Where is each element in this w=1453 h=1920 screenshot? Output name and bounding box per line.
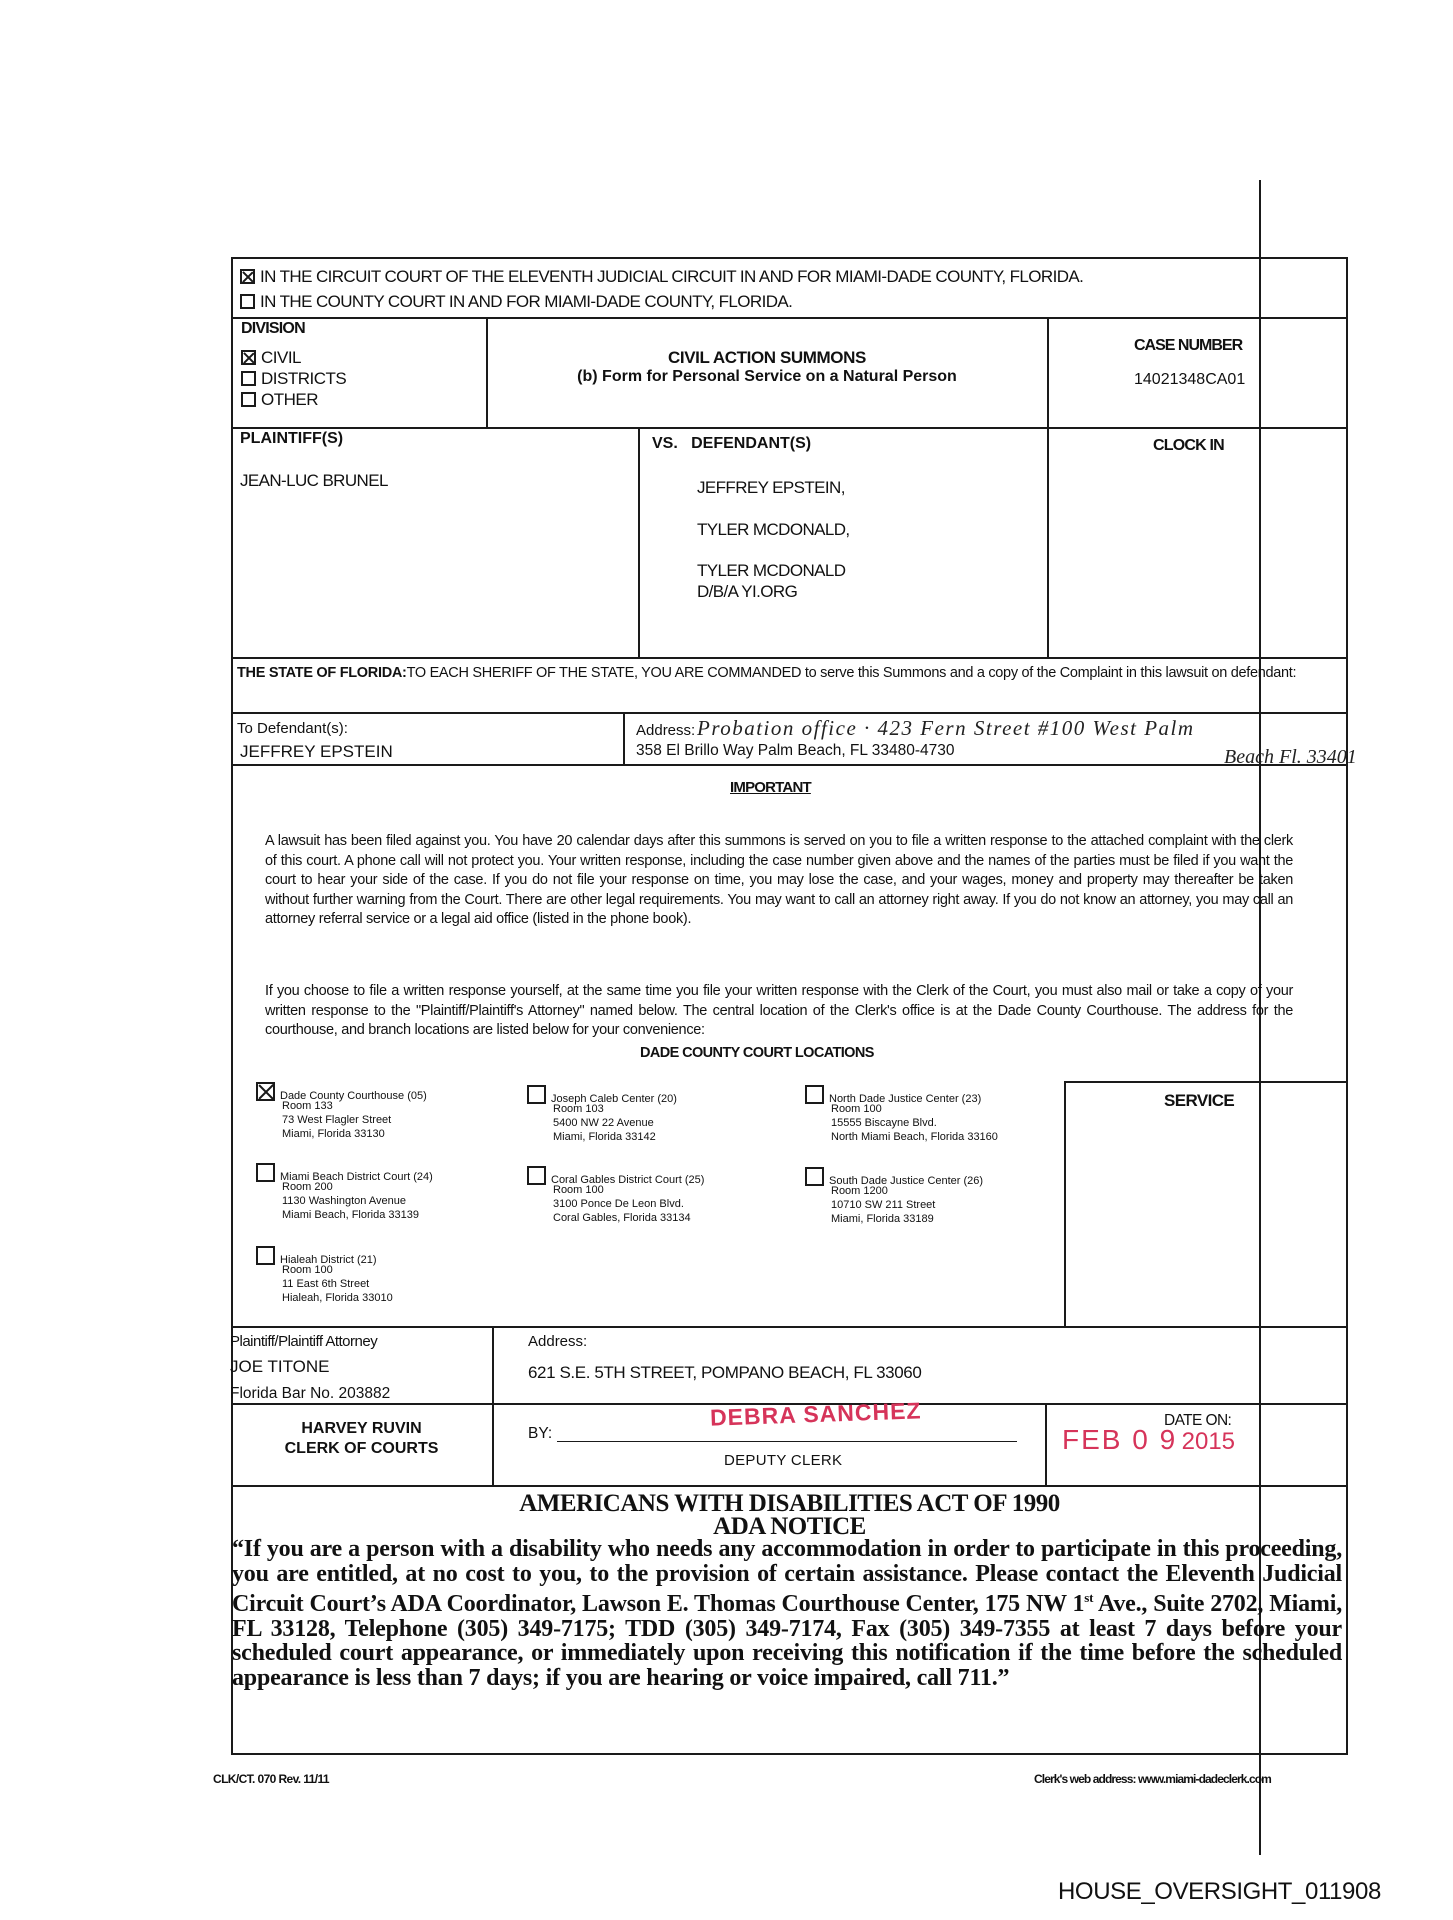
checkbox[interactable] bbox=[256, 1163, 275, 1182]
important-paragraph-1: A lawsuit has been filed against you. Yo… bbox=[265, 832, 1293, 930]
checkbox-checked[interactable] bbox=[240, 269, 255, 284]
case-number-label: CASE NUMBER bbox=[1134, 337, 1242, 355]
rule bbox=[231, 657, 1348, 659]
clock-in-label: CLOCK IN bbox=[1153, 437, 1224, 455]
rule bbox=[231, 427, 1348, 429]
rule bbox=[1047, 317, 1049, 427]
checkbox[interactable] bbox=[805, 1085, 824, 1104]
to-defendant-name: JEFFREY EPSTEIN bbox=[240, 742, 393, 762]
rule bbox=[1045, 1403, 1047, 1485]
location-item[interactable]: Miami Beach District Court (24) Room 200… bbox=[256, 1163, 433, 1222]
court-option-county[interactable]: IN THE COUNTY COURT IN AND FOR MIAMI-DAD… bbox=[240, 292, 792, 312]
rule bbox=[638, 427, 640, 657]
checkbox[interactable] bbox=[256, 1246, 275, 1265]
location-item[interactable]: South Dade Justice Center (26) Room 1200… bbox=[805, 1167, 983, 1226]
form-title: CIVIL ACTION SUMMONS bbox=[488, 348, 1046, 368]
rule bbox=[1064, 1081, 1066, 1327]
rule bbox=[231, 712, 1348, 714]
signature-line bbox=[557, 1441, 1017, 1442]
division-heading: DIVISION bbox=[241, 320, 305, 338]
rule bbox=[231, 1753, 1348, 1755]
checkbox[interactable] bbox=[805, 1167, 824, 1186]
plaintiff-label: PLAINTIFF(S) bbox=[240, 430, 343, 448]
checkbox[interactable] bbox=[240, 294, 255, 309]
important-paragraph-2: If you choose to file a written response… bbox=[265, 982, 1293, 1041]
service-label: SERVICE bbox=[1164, 1091, 1234, 1111]
form-subtitle: (b) Form for Personal Service on a Natur… bbox=[488, 368, 1046, 386]
checkbox[interactable] bbox=[527, 1166, 546, 1185]
rule bbox=[231, 764, 1348, 766]
clerk-name: HARVEY RUVIN bbox=[231, 1420, 492, 1438]
ada-notice-body: “If you are a person with a disability w… bbox=[232, 1537, 1342, 1691]
division-option-civil[interactable]: CIVIL bbox=[241, 348, 301, 368]
rule bbox=[1047, 427, 1049, 657]
division-option-other[interactable]: OTHER bbox=[241, 390, 318, 410]
deputy-clerk-label: DEPUTY CLERK bbox=[724, 1452, 842, 1469]
rule bbox=[231, 317, 1348, 319]
rule bbox=[492, 1326, 494, 1486]
defendant-name: JEFFREY EPSTEIN, bbox=[697, 478, 845, 498]
checkbox[interactable] bbox=[241, 392, 256, 407]
by-label: BY: bbox=[528, 1425, 552, 1443]
checkbox[interactable] bbox=[241, 371, 256, 386]
defendant-name: D/B/A YI.ORG bbox=[697, 582, 797, 602]
rule bbox=[231, 257, 1348, 259]
form-id: CLK/CT. 070 Rev. 11/11 bbox=[213, 1772, 329, 1786]
case-number-value: 14021348CA01 bbox=[1134, 371, 1245, 389]
rule bbox=[623, 712, 625, 764]
checkbox-checked[interactable] bbox=[241, 350, 256, 365]
rule bbox=[231, 1326, 1348, 1328]
date-stamp: FEB 0 9 2015 bbox=[1062, 1424, 1235, 1456]
attorney-address-label: Address: bbox=[528, 1333, 587, 1350]
address-label: Address: bbox=[636, 722, 695, 739]
clerk-web-address: Clerk's web address: www.miami-dadeclerk… bbox=[1034, 1772, 1271, 1786]
locations-heading: DADE COUNTY COURT LOCATIONS bbox=[640, 1045, 874, 1061]
plaintiff-name: JEAN-LUC BRUNEL bbox=[240, 471, 388, 491]
attorney-bar-number: Florida Bar No. 203882 bbox=[230, 1385, 390, 1403]
court-option-circuit[interactable]: IN THE CIRCUIT COURT OF THE ELEVENTH JUD… bbox=[240, 267, 1083, 287]
important-heading: IMPORTANT bbox=[730, 779, 811, 796]
clerk-title: CLERK OF COURTS bbox=[231, 1440, 492, 1458]
location-item[interactable]: Joseph Caleb Center (20) Room 103 5400 N… bbox=[527, 1085, 677, 1144]
location-item[interactable]: North Dade Justice Center (23) Room 100 … bbox=[805, 1085, 998, 1144]
location-item[interactable]: Coral Gables District Court (25) Room 10… bbox=[527, 1166, 704, 1225]
defendants-label: VS. DEFENDANT(S) bbox=[652, 435, 811, 453]
rule bbox=[1065, 1081, 1348, 1083]
defendant-name: TYLER MCDONALD bbox=[697, 561, 845, 581]
location-item[interactable]: Hialeah District (21) Room 100 11 East 6… bbox=[256, 1246, 393, 1305]
sheriff-command: THE STATE OF FLORIDA:TO EACH SHERIFF OF … bbox=[237, 663, 1307, 683]
to-defendant-label: To Defendant(s): bbox=[237, 720, 348, 737]
attorney-label: Plaintiff/Plaintiff Attorney bbox=[230, 1333, 377, 1350]
attorney-address: 621 S.E. 5TH STREET, POMPANO BEACH, FL 3… bbox=[528, 1363, 921, 1383]
defendant-name: TYLER MCDONALD, bbox=[697, 520, 850, 540]
checkbox[interactable] bbox=[527, 1085, 546, 1104]
handwritten-address: Probation office · 423 Fern Street #100 … bbox=[697, 716, 1195, 741]
typed-address: 358 El Brillo Way Palm Beach, FL 33480-4… bbox=[636, 742, 955, 760]
bates-number: HOUSE_OVERSIGHT_011908 bbox=[1058, 1878, 1381, 1906]
rule bbox=[231, 1485, 1348, 1487]
attorney-name: JOE TITONE bbox=[230, 1357, 330, 1377]
division-option-districts[interactable]: DISTRICTS bbox=[241, 369, 346, 389]
location-item[interactable]: Dade County Courthouse (05) Room 133 73 … bbox=[256, 1082, 427, 1141]
checkbox-checked[interactable] bbox=[256, 1082, 275, 1101]
